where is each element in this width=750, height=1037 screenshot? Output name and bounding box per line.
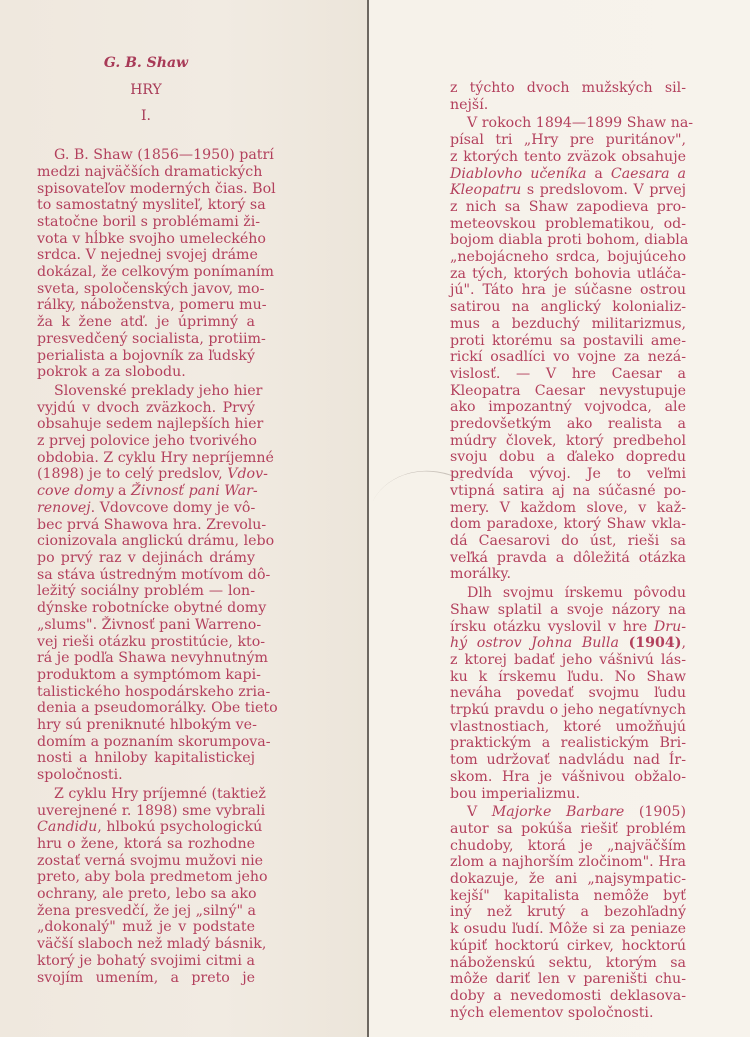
text-line: produktom a symptómom kapi- xyxy=(37,667,255,684)
text-line: k osudu ľudí. Môže si za peniaze xyxy=(450,921,686,938)
left-body-text: G. B. Shaw (1856—1950) patrímedzi najväč… xyxy=(37,147,255,986)
text-line: tom udržovať nadvládu nad Ír- xyxy=(450,752,686,769)
text-line: Kleopatru s predslovom. V prvej xyxy=(450,182,686,199)
text-line: skom. Hra je vášnivou obžalo- xyxy=(450,769,686,786)
text-line: môže dariť len v pareništi chu- xyxy=(450,971,686,988)
right-column: z týchto dvoch mužských sil-nejší.V roko… xyxy=(450,80,686,1023)
text-line: rickí osadlíci vo vojne za nezá- xyxy=(450,349,686,366)
text-line: nosti a hniloby kapitalistickej xyxy=(37,750,255,767)
text-line: hry sú preniknuté hlbokým ve- xyxy=(37,717,255,734)
text-line: Kleopatra Caesar nevystupuje xyxy=(450,383,686,400)
author-name: G. B. Shaw xyxy=(37,55,255,72)
text-line: Candidu, hlbokú psychologickú xyxy=(37,819,255,836)
text-line: svoju dobu a ďaleko dopredu xyxy=(450,449,686,466)
text-line: dom paradoxe, ktorý Shaw vkla- xyxy=(450,516,686,533)
text-line: iný než krutý a bezohľadný xyxy=(450,904,686,921)
text-line: ktorý je bohatý svojimi citmi a xyxy=(37,953,255,970)
text-line: „dokonalý" muž je v podstate xyxy=(37,919,255,936)
text-line: mus a bezduchý militarizmus, xyxy=(450,316,686,333)
text-line: svojím umením, a preto je xyxy=(37,970,255,987)
book-title: HRY xyxy=(37,82,255,99)
text-line: Dlh svojmu írskemu pôvodu xyxy=(450,585,686,602)
text-line: vej rieši otázku prostitúcie, kto- xyxy=(37,634,255,651)
text-line: po prvý raz v dejinách drámy xyxy=(37,550,255,567)
text-line: písal tri „Hry pre puritánov", xyxy=(450,132,686,149)
text-line: uverejnené r. 1898) sme vybrali xyxy=(37,803,255,820)
text-line: V Majorke Barbare (1905) xyxy=(450,804,686,821)
text-line: cionizovala anglickú drámu, lebo xyxy=(37,533,255,550)
text-line: (1898) je to celý predslov, Vdov- xyxy=(37,466,255,483)
text-line: hru o žene, ktorá sa rozhodne xyxy=(37,836,255,853)
text-line: G. B. Shaw (1856—1950) patrí xyxy=(37,147,255,164)
text-line: bec prvá Shawova hra. Zrevolu- xyxy=(37,517,255,534)
text-line: bou imperializmu. xyxy=(450,786,686,803)
text-line: spisovateľov moderných čias. Bol xyxy=(37,181,255,198)
text-line: väčší slaboch než mladý básnik, xyxy=(37,936,255,953)
text-line: obdobia. Z cyklu Hry nepríjemné xyxy=(37,450,255,467)
text-line: autor sa pokúša riešiť problém xyxy=(450,821,686,838)
paragraph: G. B. Shaw (1856—1950) patrímedzi najväč… xyxy=(37,147,255,381)
text-line: proti ktorému sa postavili ame- xyxy=(450,333,686,350)
text-line: Shaw splatil a svoje názory na xyxy=(450,602,686,619)
text-line: ža k žene atď. je úprimný a xyxy=(37,314,255,331)
paragraph: Dlh svojmu írskemu pôvoduShaw splatil a … xyxy=(450,585,686,802)
text-line: rá je podľa Shawa nevyhnutným xyxy=(37,650,255,667)
text-line: zostať verná svojmu mužovi nie xyxy=(37,853,255,870)
text-line: mery. V každom slove, v kaž- xyxy=(450,500,686,517)
text-line: sveta, spoločenských javov, mo- xyxy=(37,281,255,298)
text-line: trpkú pravdu o jeho negatívnych xyxy=(450,702,686,719)
text-line: vtipná satira aj na súčasné po- xyxy=(450,483,686,500)
volume-number: I. xyxy=(37,108,255,125)
left-column: G. B. Shaw HRY I. G. B. Shaw (1856—1950)… xyxy=(37,55,255,988)
text-line: múdry človek, ktorý predbehol xyxy=(450,433,686,450)
text-line: ako impozantný vojvodca, ale xyxy=(450,399,686,416)
text-line: satirou na anglický kolonializ- xyxy=(450,299,686,316)
paragraph: Z cyklu Hry príjemné (taktiežuverejnené … xyxy=(37,786,255,986)
paragraph: z týchto dvoch mužských sil-nejší. xyxy=(450,80,686,113)
text-line: dýnske robotnícke obytné domy xyxy=(37,600,255,617)
text-line: „slums". Živnosť pani Warreno- xyxy=(37,617,255,634)
text-line: Diablovho učeníka a Caesara a xyxy=(450,166,686,183)
text-line: žena presvedčí, že jej „silný" a xyxy=(37,903,255,920)
text-line: kúpiť hocktorú cirkev, hocktorú xyxy=(450,938,686,955)
text-line: Slovenské preklady jeho hier xyxy=(37,383,255,400)
text-line: náboženskú sektu, ktorým sa xyxy=(450,955,686,972)
text-line: sa stáva ústredným motívom dô- xyxy=(37,567,255,584)
text-line: talistického hospodárskeho zria- xyxy=(37,684,255,701)
text-line: z nich sa Shaw zapodieva pro- xyxy=(450,199,686,216)
right-body-text: z týchto dvoch mužských sil-nejší.V roko… xyxy=(450,80,686,1021)
text-line: jú". Táto hra je súčasne ostrou xyxy=(450,282,686,299)
text-line: kejší" kapitalista nemôže byť xyxy=(450,888,686,905)
text-line: vislosť. — V hre Caesar a xyxy=(450,366,686,383)
text-line: nejší. xyxy=(450,97,686,114)
text-line: cove domy a Živnosť pani War- xyxy=(37,483,255,500)
text-line: statočne boril s problémami ži- xyxy=(37,214,255,231)
text-line: „nebojácneho srdca, bojujúceho xyxy=(450,249,686,266)
text-line: preto, aby bola predmetom jeho xyxy=(37,869,255,886)
text-line: ku k írskemu ľudu. No Shaw xyxy=(450,669,686,686)
text-line: z týchto dvoch mužských sil- xyxy=(450,80,686,97)
text-line: spoločnosti. xyxy=(37,767,255,784)
text-line: meteovskou problematikou, od- xyxy=(450,216,686,233)
text-line: presvedčený socialista, protiim- xyxy=(37,331,255,348)
text-line: dá Caesarovi do úst, rieši sa xyxy=(450,533,686,550)
text-line: za tých, ktorých bohovia utláča- xyxy=(450,266,686,283)
text-line: to samostatný mysliteľ, ktorý sa xyxy=(37,197,255,214)
paragraph: Slovenské preklady jeho hiervyjdú v dvoc… xyxy=(37,383,255,784)
text-line: veľká pravda a dôležitá otázka xyxy=(450,550,686,567)
text-line: írsku otázku vyslovil v hre Dru- xyxy=(450,619,686,636)
text-line: ných elementov spoločnosti. xyxy=(450,1005,686,1022)
text-line: pokrok a za slobodu. xyxy=(37,364,255,381)
text-line: vyjdú v dvoch zväzkoch. Prvý xyxy=(37,400,255,417)
paragraph: V Majorke Barbare (1905)autor sa pokúša … xyxy=(450,804,686,1021)
text-line: hý ostrov Johna Bulla (1904), xyxy=(450,635,686,652)
text-line: srdca. V nejednej svojej dráme xyxy=(37,247,255,264)
text-line: V rokoch 1894—1899 Shaw na- xyxy=(450,115,686,132)
text-line: medzi najväčších dramatických xyxy=(37,164,255,181)
text-line: chudoby, ktorá je „najväčším xyxy=(450,838,686,855)
text-line: doby a nevedomosti deklasova- xyxy=(450,988,686,1005)
text-line: praktickým a realistickým Bri- xyxy=(450,735,686,752)
text-line: vlastnostiach, ktoré umožňujú xyxy=(450,719,686,736)
text-line: rálky, náboženstva, pomeru mu- xyxy=(37,297,255,314)
text-line: zlom a najhorším zločinom". Hra xyxy=(450,854,686,871)
text-line: vota v hĺbke svojho umeleckého xyxy=(37,231,255,248)
text-line: domím a poznaním skorumpova- xyxy=(37,734,255,751)
text-line: bojom diabla proti bohom, diabla xyxy=(450,232,686,249)
text-line: perialista a bojovník za ľudský xyxy=(37,348,255,365)
text-line: renovej. Vdovcove domy je vô- xyxy=(37,500,255,517)
paragraph: V rokoch 1894—1899 Shaw na-písal tri „Hr… xyxy=(450,115,686,583)
text-line: dokázal, že celkovým ponímaním xyxy=(37,264,255,281)
text-line: ochrany, ale preto, lebo sa ako xyxy=(37,886,255,903)
book-spine xyxy=(367,0,369,1037)
text-line: z ktorých tento zväzok obsahuje xyxy=(450,149,686,166)
text-line: predovšetkým ako realista a xyxy=(450,416,686,433)
text-line: z prvej polovice jeho tvorivého xyxy=(37,433,255,450)
text-line: Z cyklu Hry príjemné (taktiež xyxy=(37,786,255,803)
text-line: dokazuje, že ani „najsympatic- xyxy=(450,871,686,888)
text-line: ležitý sociálny problém — lon- xyxy=(37,583,255,600)
text-line: denia a pseudomorálky. Obe tieto xyxy=(37,700,255,717)
text-line: z ktorej badať jeho vášnivú lás- xyxy=(450,652,686,669)
text-line: morálky. xyxy=(450,566,686,583)
text-line: obsahuje sedem najlepších hier xyxy=(37,416,255,433)
text-line: predvída vývoj. Je to veľmi xyxy=(450,466,686,483)
text-line: neváha povedať svojmu ľudu xyxy=(450,685,686,702)
